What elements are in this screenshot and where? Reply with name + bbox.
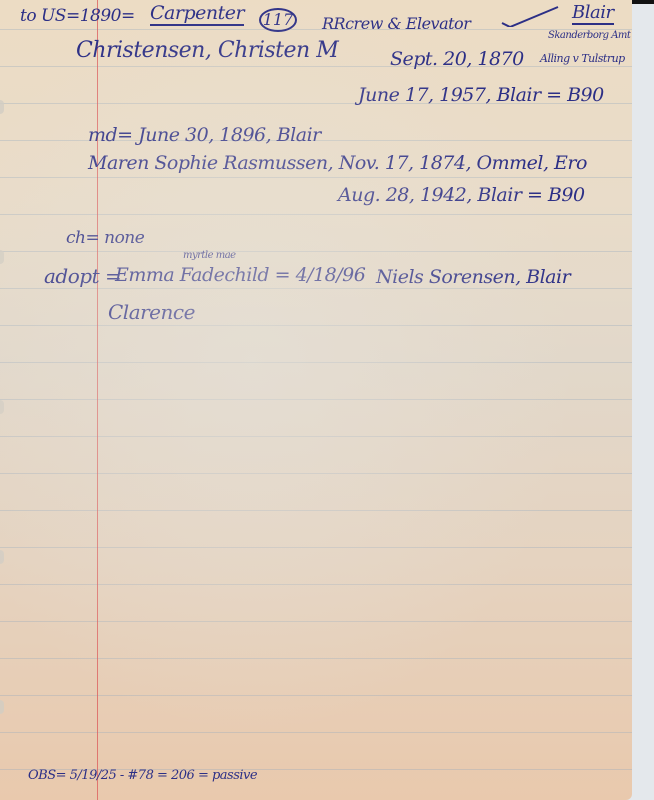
ruled-line [0,658,632,659]
adopt-label: adopt = [44,264,121,288]
death-date: June 17, 1957, Blair = B90 [358,84,604,106]
ruled-line [0,214,632,215]
ruled-line [0,436,632,437]
children-line: ch= none [66,228,144,248]
ruled-line [0,510,632,511]
birth-date: Sept. 20, 1870 [390,48,524,70]
birth-place: Alling v Tulstrup [540,52,625,65]
ruled-line [0,584,632,585]
work-text: RRcrew & Elevator [322,14,470,33]
ruled-line [0,325,632,326]
subject-name: Christensen, Christen M [76,38,338,63]
residence-text: Blair [572,2,614,25]
punch-hole [0,250,4,264]
spouse-line: Maren Sophie Rasmussen, Nov. 17, 1874, O… [88,152,587,174]
ruled-line [0,621,632,622]
margin-line [97,0,98,800]
ruled-line [0,66,632,67]
punch-hole [0,100,4,114]
obs-footer: OBS= 5/19/25 - #78 = 206 = passive [28,768,257,783]
adopted-second: Clarence [108,300,195,324]
ruled-line [0,177,632,178]
marriage-line: md= June 30, 1896, Blair [88,124,321,146]
ruled-line [0,288,632,289]
adopted-alt-name: myrtle mae [183,250,236,261]
arrival-text: to US=1890= [20,6,135,26]
birth-place-upper: Skanderborg Amt [548,30,630,41]
checkmark-icon [500,5,560,27]
ruled-line [0,399,632,400]
punch-hole [0,700,4,714]
adopted-from: Niels Sorensen, Blair [376,266,570,288]
spouse-death: Aug. 28, 1942, Blair = B90 [338,184,585,206]
ruled-line [0,695,632,696]
ruled-line [0,29,632,30]
punch-hole [0,400,4,414]
record-number: 117 [259,8,297,32]
ruled-line [0,251,632,252]
adopted-name: Emma Fadechild = 4/18/96 [115,264,365,286]
ruled-paper: to US=1890= Carpenter 117 RRcrew & Eleva… [0,0,632,800]
ruled-line [0,362,632,363]
punch-hole [0,550,4,564]
ruled-line [0,473,632,474]
occupation-text: Carpenter [150,2,244,26]
ruled-line [0,547,632,548]
ruled-line [0,732,632,733]
